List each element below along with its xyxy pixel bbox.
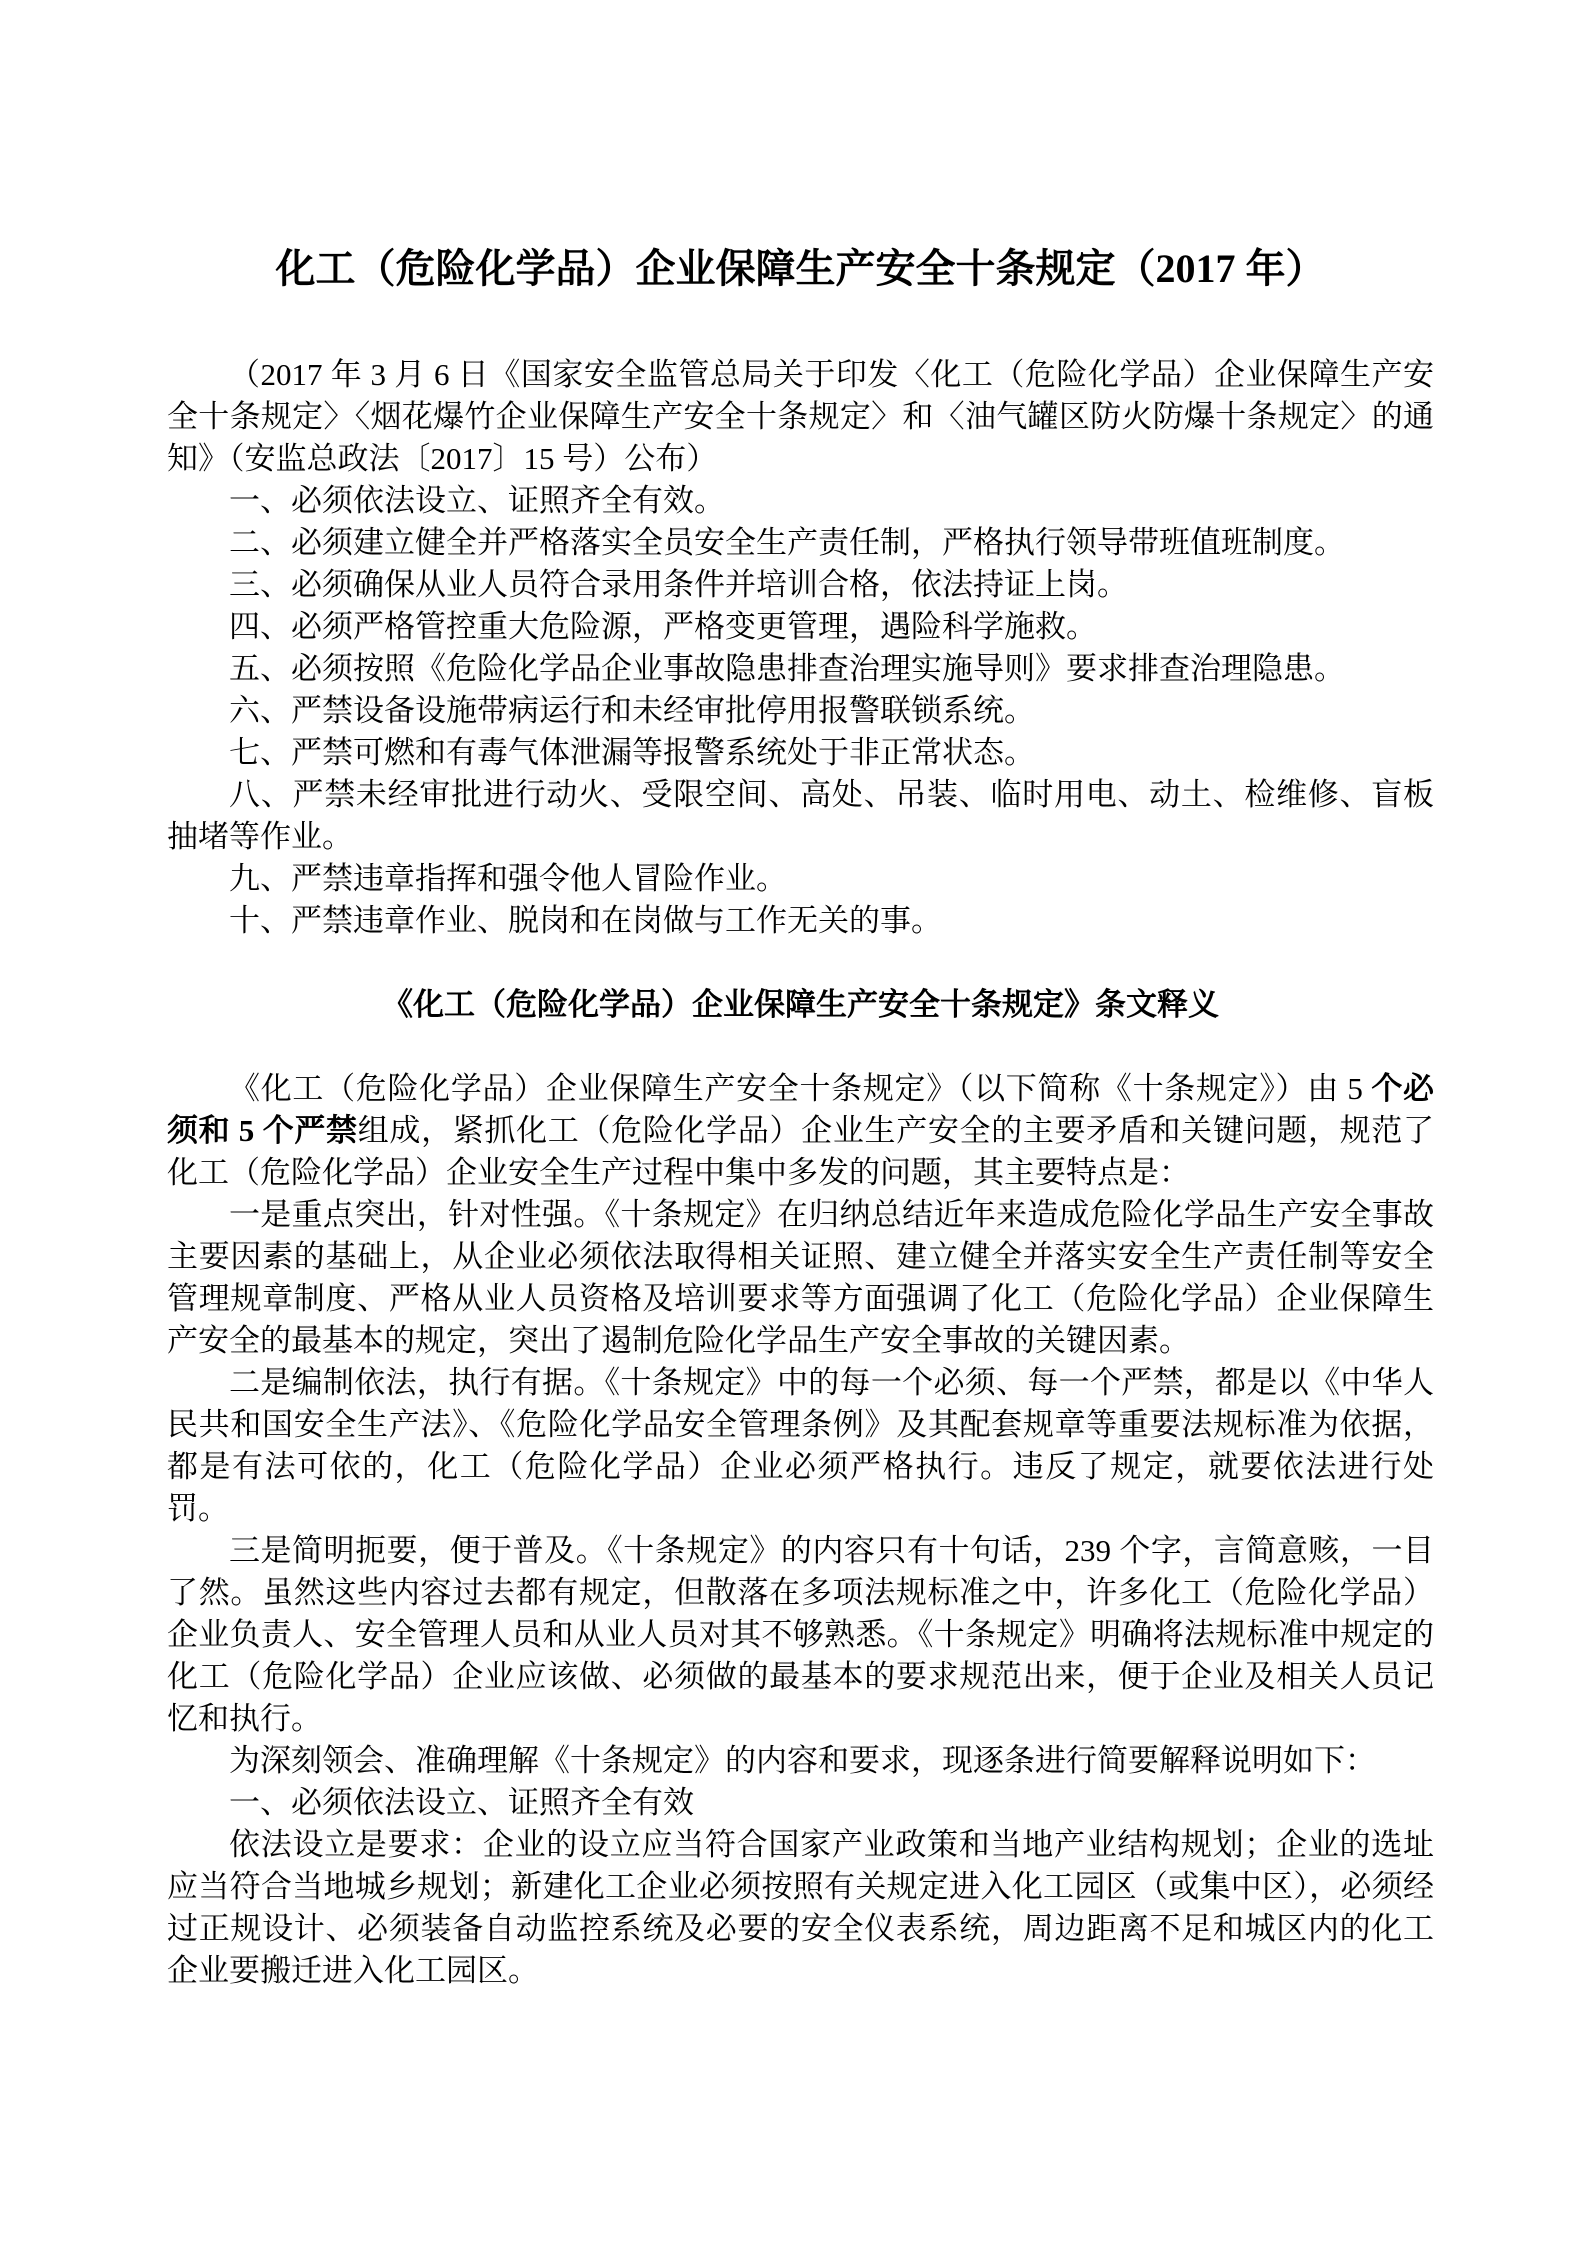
interpretation-paragraph-5: 为深刻领会、准确理解《十条规定》的内容和要求，现逐条进行简要解释说明如下： — [167, 1740, 1434, 1782]
interpretation-paragraph-1: 《化工（危险化学品）企业保障生产安全十条规定》（以下简称《十条规定》）由 5 个… — [167, 1068, 1434, 1194]
rule-item-5: 五、必须按照《危险化学品企业事故隐患排查治理实施导则》要求排查治理隐患。 — [167, 648, 1434, 690]
rule-item-2: 二、必须建立健全并严格落实全员安全生产责任制，严格执行领导带班值班制度。 — [167, 522, 1434, 564]
document-title: 化工（危险化学品）企业保障生产安全十条规定（2017 年） — [167, 242, 1434, 296]
document-page: 化工（危险化学品）企业保障生产安全十条规定（2017 年） （2017 年 3 … — [0, 0, 1587, 2245]
rule-item-3: 三、必须确保从业人员符合录用条件并培训合格，依法持证上岗。 — [167, 564, 1434, 606]
rule-item-6: 六、严禁设备设施带病运行和未经审批停用报警联锁系统。 — [167, 690, 1434, 732]
interpretation-subheading: 一、必须依法设立、证照齐全有效 — [167, 1782, 1434, 1824]
rule-item-8: 八、严禁未经审批进行动火、受限空间、高处、吊装、临时用电、动土、检维修、盲板抽堵… — [167, 774, 1434, 858]
rule-item-4: 四、必须严格管控重大危险源，严格变更管理，遇险科学施救。 — [167, 606, 1434, 648]
intro-paragraph: （2017 年 3 月 6 日《国家安全监管总局关于印发〈化工（危险化学品）企业… — [167, 354, 1434, 480]
interpretation-paragraph-2: 一是重点突出，针对性强。《十条规定》在归纳总结近年来造成危险化学品生产安全事故主… — [167, 1194, 1434, 1362]
interpretation-paragraph-3: 二是编制依法，执行有据。《十条规定》中的每一个必须、每一个严禁，都是以《中华人民… — [167, 1362, 1434, 1530]
interpretation-p1-normal-run-1: 《化工（危险化学品）企业保障生产安全十条规定》（以下简称《十条规定》）由 5 — [229, 1071, 1371, 1106]
interpretation-paragraph-7: 依法设立是要求：企业的设立应当符合国家产业政策和当地产业结构规划；企业的选址应当… — [167, 1824, 1434, 1992]
rule-item-10: 十、严禁违章作业、脱岗和在岗做与工作无关的事。 — [167, 900, 1434, 942]
interpretation-p1-normal-run-2: 组成，紧抓化工（危险化学品）企业生产安全的主要矛盾和关键问题，规范了化工（危险化… — [167, 1113, 1434, 1190]
rule-item-9: 九、严禁违章指挥和强令他人冒险作业。 — [167, 858, 1434, 900]
section-title: 《化工（危险化学品）企业保障生产安全十条规定》条文释义 — [167, 984, 1434, 1026]
rule-item-7: 七、严禁可燃和有毒气体泄漏等报警系统处于非正常状态。 — [167, 732, 1434, 774]
interpretation-paragraph-4: 三是简明扼要，便于普及。《十条规定》的内容只有十句话，239 个字，言简意赅，一… — [167, 1530, 1434, 1740]
rule-item-1: 一、必须依法设立、证照齐全有效。 — [167, 480, 1434, 522]
